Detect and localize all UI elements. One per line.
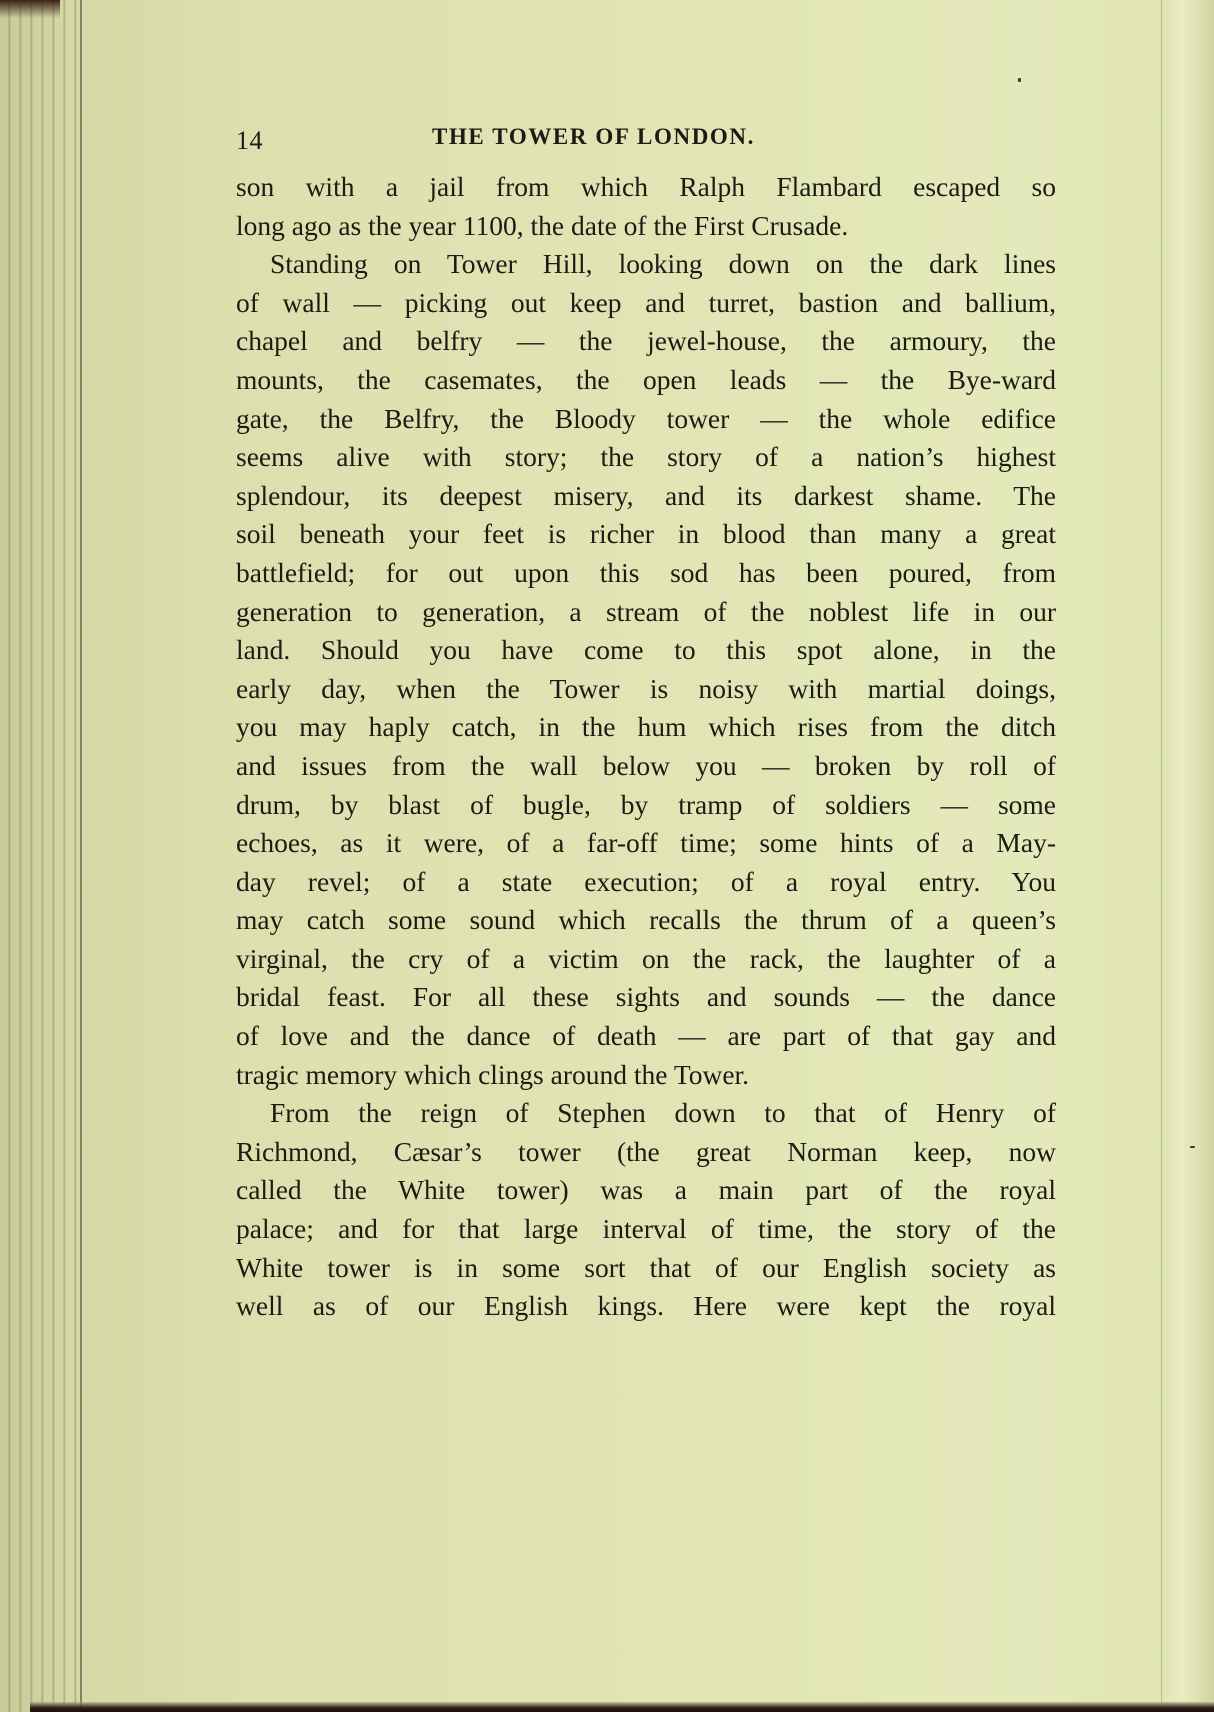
text-line: gate, the Belfry, the Bloody tower — the… xyxy=(236,400,1056,439)
text-line: generation to generation, a stream of th… xyxy=(236,593,1056,632)
page-gutter-edges xyxy=(0,0,82,1712)
page-right-edge xyxy=(1161,0,1214,1712)
text-line: soil beneath your feet is richer in bloo… xyxy=(236,515,1056,554)
text-line: long ago as the year 1100, the date of t… xyxy=(236,207,1056,246)
text-line: bridal feast. For all these sights and s… xyxy=(236,978,1056,1017)
text-line: tragic memory which clings around the To… xyxy=(236,1056,1056,1095)
text-line: of love and the dance of death — are par… xyxy=(236,1017,1056,1056)
text-line: chapel and belfry — the jewel-house, the… xyxy=(236,322,1056,361)
text-line: land. Should you have come to this spot … xyxy=(236,631,1056,670)
text-line: palace; and for that large interval of t… xyxy=(236,1210,1056,1249)
paragraph-start-line: Standing on Tower Hill, looking down on … xyxy=(236,245,1056,284)
text-line: echoes, as it were, of a far-off time; s… xyxy=(236,824,1056,863)
text-line: Richmond, Cæsar’s tower (the great Norma… xyxy=(236,1133,1056,1172)
page-bottom-edge xyxy=(30,1702,1214,1712)
text-line: of wall — picking out keep and turret, b… xyxy=(236,284,1056,323)
text-line: and issues from the wall below you — bro… xyxy=(236,747,1056,786)
text-line: battlefield; for out upon this sod has b… xyxy=(236,554,1056,593)
text-line: drum, by blast of bugle, by tramp of sol… xyxy=(236,786,1056,825)
text-line: called the White tower) was a main part … xyxy=(236,1171,1056,1210)
text-line: son with a jail from which Ralph Flambar… xyxy=(236,168,1056,207)
text-line: White tower is in some sort that of our … xyxy=(236,1249,1056,1288)
paper-speck xyxy=(1190,1146,1195,1148)
text-line: may catch some sound which recalls the t… xyxy=(236,901,1056,940)
text-line: you may haply catch, in the hum which ri… xyxy=(236,708,1056,747)
text-line: virginal, the cry of a victim on the rac… xyxy=(236,940,1056,979)
paper-speck xyxy=(1018,78,1021,82)
paragraph-start-line: From the reign of Stephen down to that o… xyxy=(236,1094,1056,1133)
text-line: early day, when the Tower is noisy with … xyxy=(236,670,1056,709)
binding-shadow xyxy=(0,0,60,18)
text-line: well as of our English kings. Here were … xyxy=(236,1287,1056,1326)
page-number: 14 xyxy=(236,126,263,156)
text-line: seems alive with story; the story of a n… xyxy=(236,438,1056,477)
running-head: 14 THE TOWER OF LONDON. xyxy=(236,120,1056,160)
text-line: day revel; of a state execution; of a ro… xyxy=(236,863,1056,902)
body-text: son with a jail from which Ralph Flambar… xyxy=(236,168,1056,1326)
text-line: splendour, its deepest misery, and its d… xyxy=(236,477,1056,516)
running-title: THE TOWER OF LONDON. xyxy=(432,124,755,150)
book-page: 14 THE TOWER OF LONDON. son with a jail … xyxy=(0,0,1214,1712)
text-line: mounts, the casemates, the open leads — … xyxy=(236,361,1056,400)
